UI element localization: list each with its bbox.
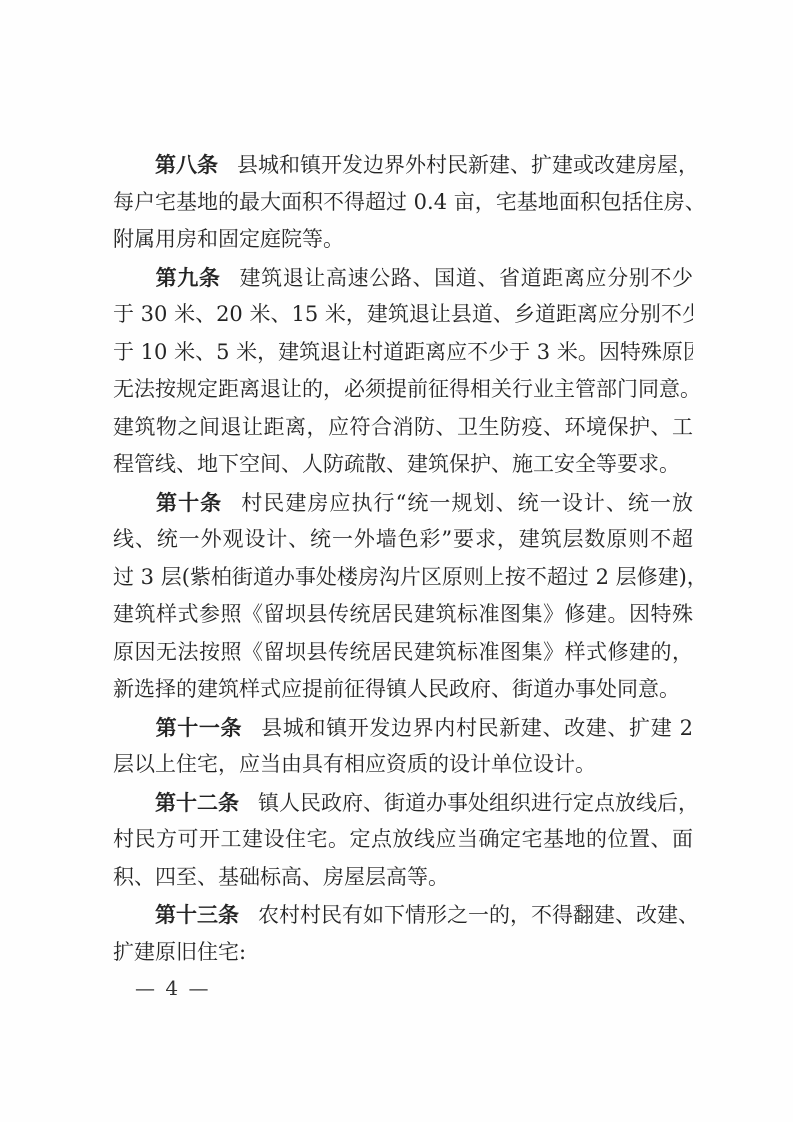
text-run: 县城和镇开发边界外村民新建、扩建或改建房屋， — [237, 153, 693, 177]
text-line: 无法按规定距离退让的，必须提前征得相关行业主管部门同意。 — [113, 371, 693, 409]
article-11-paragraph: 第十一条县城和镇开发边界内村民新建、改建、扩建 2 层以上住宅，应当由具有相应资… — [113, 709, 693, 784]
text-line: 于 10 米、5 米，建筑退让村道距离应不少于 3 米。因特殊原因 — [113, 334, 693, 372]
text-line: 过 3 层(紫柏街道办事处楼房沟片区原则上按不超过 2 层修建)， — [113, 559, 693, 597]
text-line: 新选择的建筑样式应提前征得镇人民政府、街道办事处同意。 — [113, 671, 693, 709]
article-12-paragraph: 第十二条镇人民政府、街道办事处组织进行定点放线后， 村民方可开工建设住宅。定点放… — [113, 784, 693, 897]
first-line-indent — [113, 284, 155, 285]
text-line: 第九条建筑退让高速公路、国道、省道距离应分别不少 — [113, 259, 693, 297]
first-line-indent — [113, 509, 155, 510]
text-line: 第八条县城和镇开发边界外村民新建、扩建或改建房屋， — [113, 146, 693, 184]
first-line-indent — [113, 809, 155, 810]
text-line: 建筑样式参照《留坝县传统居民建筑标准图集》修建。因特殊 — [113, 596, 693, 634]
document-page: 第八条县城和镇开发边界外村民新建、扩建或改建房屋， 每户宅基地的最大面积不得超过… — [0, 0, 793, 1122]
article-13-paragraph: 第十三条农村村民有如下情形之一的，不得翻建、改建、 扩建原旧住宅: — [113, 896, 693, 971]
text-line: 第十条村民建房应执行“统一规划、统一设计、统一放 — [113, 484, 693, 522]
article-number: 第十三条 — [155, 902, 239, 927]
article-number: 第十二条 — [155, 790, 239, 815]
text-line: 村民方可开工建设住宅。定点放线应当确定宅基地的位置、面 — [113, 821, 693, 859]
article-number: 第十条 — [155, 490, 222, 515]
article-number: 第九条 — [155, 265, 221, 290]
text-line: 程管线、地下空间、人防疏散、建筑保护、施工安全等要求。 — [113, 446, 693, 484]
first-line-indent — [113, 171, 155, 172]
document-body: 第八条县城和镇开发边界外村民新建、扩建或改建房屋， 每户宅基地的最大面积不得超过… — [113, 146, 693, 971]
text-run: 建筑退让高速公路、国道、省道距离应分别不少 — [240, 266, 694, 290]
text-line: 线、统一外观设计、统一外墙色彩”要求，建筑层数原则不超 — [113, 521, 693, 559]
text-line: 原因无法按照《留坝县传统居民建筑标准图集》样式修建的， — [113, 634, 693, 672]
text-line: 每户宅基地的最大面积不得超过 0.4 亩，宅基地面积包括住房、 — [113, 184, 693, 222]
first-line-indent — [113, 734, 155, 735]
text-line: 建筑物之间退让距离，应符合消防、卫生防疫、环境保护、工 — [113, 409, 693, 447]
text-run: 镇人民政府、街道办事处组织进行定点放线后， — [258, 791, 693, 815]
text-line: 第十二条镇人民政府、街道办事处组织进行定点放线后， — [113, 784, 693, 822]
article-number: 第十一条 — [155, 715, 242, 740]
text-line: 于 30 米、20 米、15 米，建筑退让县道、乡道距离应分别不少 — [113, 296, 693, 334]
article-9-paragraph: 第九条建筑退让高速公路、国道、省道距离应分别不少 于 30 米、20 米、15 … — [113, 259, 693, 484]
article-number: 第八条 — [155, 152, 218, 177]
text-run: 农村村民有如下情形之一的，不得翻建、改建、 — [258, 903, 693, 927]
text-line: 附属用房和固定庭院等。 — [113, 221, 693, 259]
text-line: 第十一条县城和镇开发边界内村民新建、改建、扩建 2 — [113, 709, 693, 747]
text-run: 县城和镇开发边界内村民新建、改建、扩建 2 — [261, 716, 693, 740]
text-line: 扩建原旧住宅: — [113, 934, 693, 972]
text-run: 村民建房应执行“统一规划、统一设计、统一放 — [241, 491, 693, 515]
text-line: 第十三条农村村民有如下情形之一的，不得翻建、改建、 — [113, 896, 693, 934]
article-8-paragraph: 第八条县城和镇开发边界外村民新建、扩建或改建房屋， 每户宅基地的最大面积不得超过… — [113, 146, 693, 259]
first-line-indent — [113, 921, 155, 922]
text-line: 层以上住宅，应当由具有相应资质的设计单位设计。 — [113, 746, 693, 784]
page-number: — 4 — — [135, 976, 210, 1000]
text-line: 积、四至、基础标高、房屋层高等。 — [113, 859, 693, 897]
article-10-paragraph: 第十条村民建房应执行“统一规划、统一设计、统一放 线、统一外观设计、统一外墙色彩… — [113, 484, 693, 709]
